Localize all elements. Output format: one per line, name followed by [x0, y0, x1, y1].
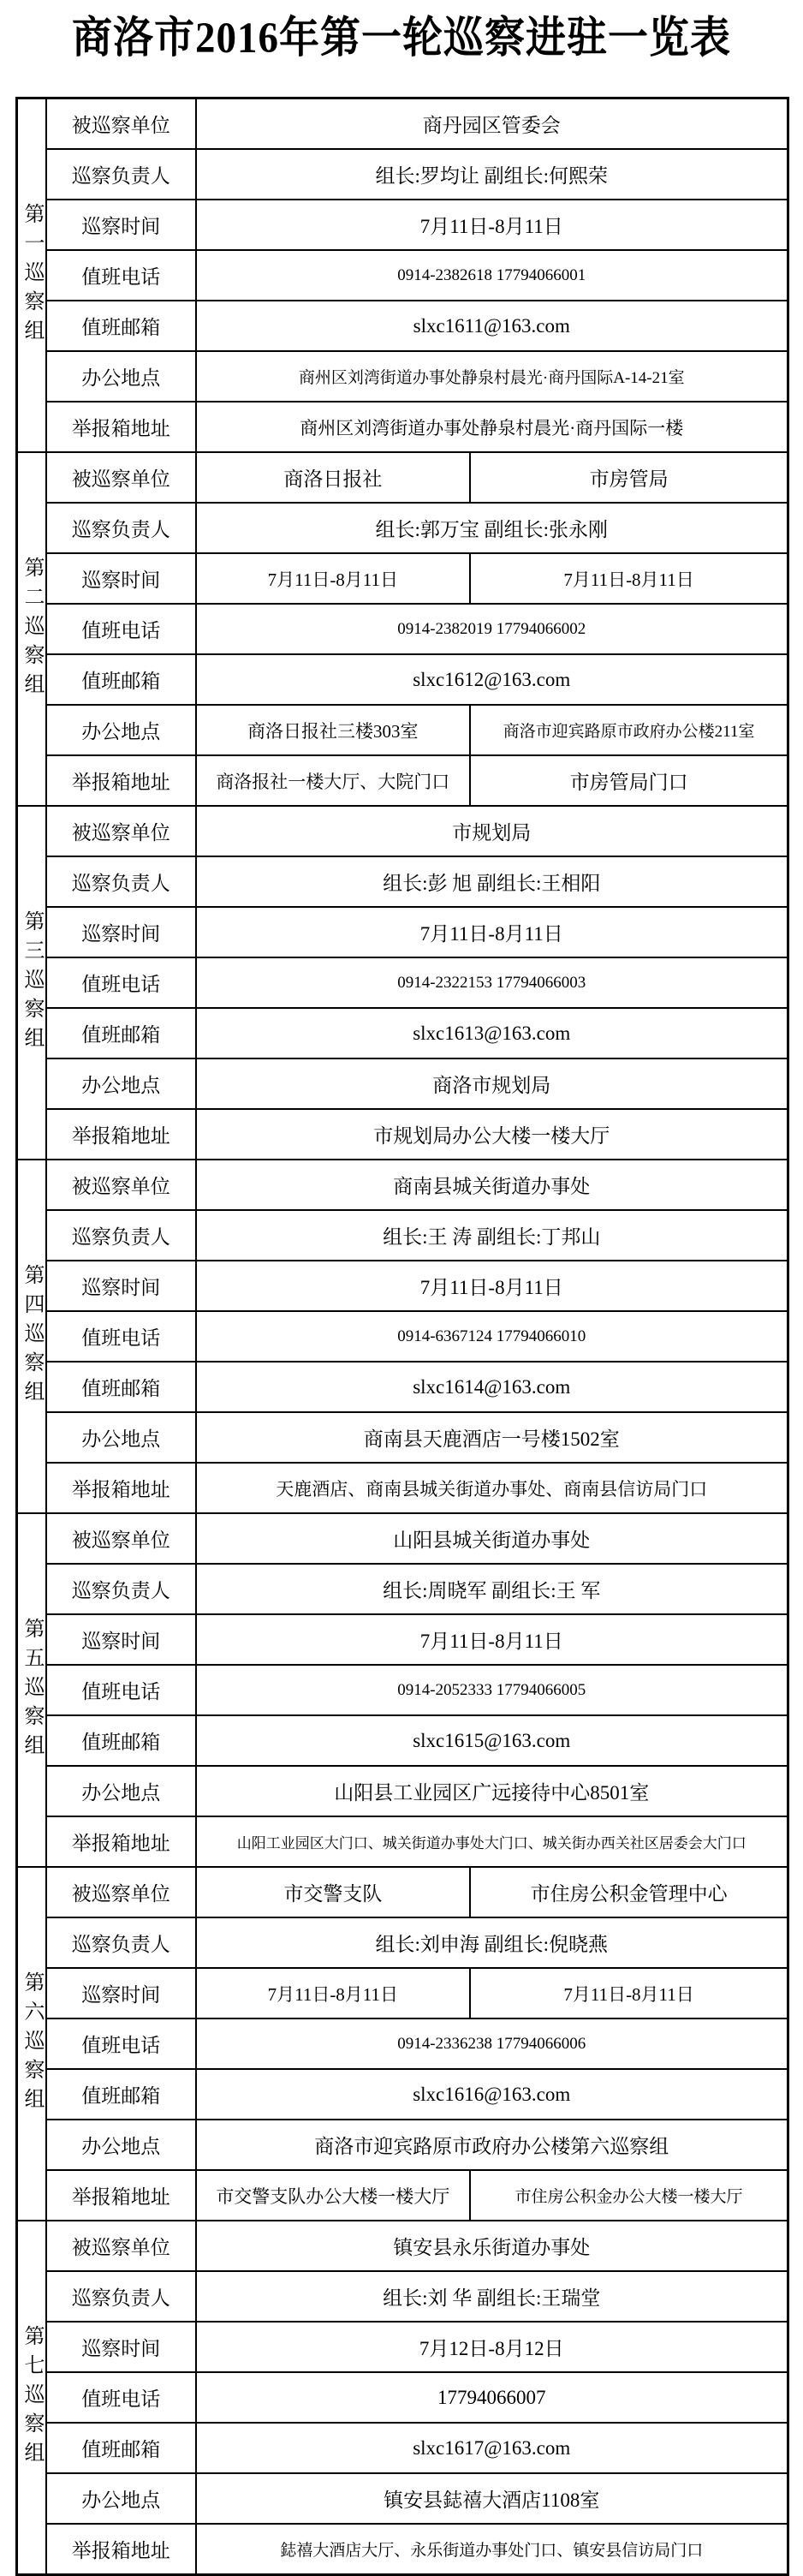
table-row: 举报箱地址山阳工业园区大门口、城关街道办事处大门口、城关街办西关社区居委会大门口 — [17, 1816, 788, 1867]
value-cell: 7月11日-8月11日 — [196, 1968, 471, 2018]
row-label-cell: 值班邮箱 — [46, 2423, 196, 2473]
table-row: 第三巡察组被巡察单位市规划局 — [17, 806, 788, 856]
row-label-cell: 举报箱地址 — [46, 1463, 196, 1513]
row-label-cell: 巡察负责人 — [46, 1210, 196, 1261]
value-cell: 商南县天鹿酒店一号楼1502室 — [196, 1412, 788, 1463]
table-row: 办公地点商洛市迎宾路原市政府办公楼第六巡察组 — [17, 2120, 788, 2170]
value-cell: 市交警支队 — [196, 1867, 471, 1917]
row-label-cell: 巡察时间 — [46, 1614, 196, 1665]
value-cell: 7月11日-8月11日 — [196, 1614, 788, 1665]
group-name-cell: 第七巡察组 — [17, 2221, 46, 2575]
value-cell: 商洛报社一楼大厅、大院门口 — [196, 755, 471, 806]
value-cell: 组长:周晓军 副组长:王 军 — [196, 1564, 788, 1614]
table-row: 值班电话17794066007 — [17, 2372, 788, 2423]
value-cell: 市住房公积金管理中心 — [470, 1867, 788, 1917]
row-label-cell: 办公地点 — [46, 2120, 196, 2170]
table-row: 巡察时间7月11日-8月11日7月11日-8月11日 — [17, 1968, 788, 2018]
table-row: 办公地点镇安县鋕禧大酒店1108室 — [17, 2473, 788, 2524]
table-row: 值班邮箱slxc1617@163.com — [17, 2423, 788, 2473]
row-label-cell: 举报箱地址 — [46, 2170, 196, 2221]
row-label-cell: 办公地点 — [46, 705, 196, 755]
group-name-text: 第二巡察组 — [21, 557, 42, 702]
group-name-text: 第六巡察组 — [21, 1971, 42, 2117]
row-label-cell: 被巡察单位 — [46, 98, 196, 150]
value-cell: 0914-2382618 17794066001 — [196, 250, 788, 301]
group-name-text: 第五巡察组 — [21, 1618, 42, 1763]
row-label-cell: 巡察时间 — [46, 553, 196, 604]
value-cell: 组长:刘 华 副组长:王瑞堂 — [196, 2271, 788, 2322]
value-cell: 17794066007 — [196, 2372, 788, 2423]
value-cell: 市交警支队办公大楼一楼大厅 — [196, 2170, 471, 2221]
value-cell: 0914-6367124 17794066010 — [196, 1311, 788, 1362]
value-cell: 市规划局 — [196, 806, 788, 856]
group-name-text: 第三巡察组 — [21, 910, 42, 1056]
value-cell: 市住房公积金办公大楼一楼大厅 — [470, 2170, 788, 2221]
group-name-cell: 第六巡察组 — [17, 1867, 46, 2221]
row-label-cell: 被巡察单位 — [46, 806, 196, 856]
row-label-cell: 巡察负责人 — [46, 503, 196, 553]
table-row: 办公地点商南县天鹿酒店一号楼1502室 — [17, 1412, 788, 1463]
value-cell: 商南县城关街道办事处 — [196, 1160, 788, 1210]
row-label-cell: 值班邮箱 — [46, 2069, 196, 2120]
row-label-cell: 办公地点 — [46, 351, 196, 402]
table-row: 值班电话0914-2382618 17794066001 — [17, 250, 788, 301]
table-row: 举报箱地址商州区刘湾街道办事处静泉村晨光·商丹国际一楼 — [17, 402, 788, 452]
value-cell: 0914-2322153 17794066003 — [196, 957, 788, 1008]
row-label-cell: 巡察时间 — [46, 2322, 196, 2372]
value-cell: 7月12日-8月12日 — [196, 2322, 788, 2372]
table-row: 巡察负责人组长:罗均让 副组长:何熙荣 — [17, 149, 788, 200]
value-cell: 7月11日-8月11日 — [196, 1261, 788, 1311]
row-label-cell: 值班邮箱 — [46, 1362, 196, 1412]
row-label-cell: 被巡察单位 — [46, 1160, 196, 1210]
table-row: 举报箱地址天鹿酒店、商南县城关街道办事处、商南县信访局门口 — [17, 1463, 788, 1513]
table-row: 值班邮箱slxc1616@163.com — [17, 2069, 788, 2120]
value-cell: 7月11日-8月11日 — [196, 200, 788, 250]
group-name-cell: 第三巡察组 — [17, 806, 46, 1160]
value-cell: 市规划局办公大楼一楼大厅 — [196, 1109, 788, 1160]
value-cell: slxc1614@163.com — [196, 1362, 788, 1412]
inspection-table-body: 第一巡察组被巡察单位商丹园区管委会巡察负责人组长:罗均让 副组长:何熙荣巡察时间… — [17, 98, 788, 2575]
table-row: 值班电话0914-2322153 17794066003 — [17, 957, 788, 1008]
table-row: 举报箱地址鋕禧大酒店大厅、永乐街道办事处门口、镇安县信访局门口 — [17, 2524, 788, 2575]
row-label-cell: 巡察时间 — [46, 200, 196, 250]
table-row: 办公地点山阳县工业园区广远接待中心8501室 — [17, 1766, 788, 1816]
row-label-cell: 被巡察单位 — [46, 1867, 196, 1917]
table-row: 巡察时间7月11日-8月11日 — [17, 1614, 788, 1665]
row-label-cell: 值班电话 — [46, 2372, 196, 2423]
row-label-cell: 被巡察单位 — [46, 2221, 196, 2271]
table-row: 巡察时间7月11日-8月11日 — [17, 1261, 788, 1311]
page-title: 商洛市2016年第一轮巡察进驻一览表 — [0, 0, 803, 65]
value-cell: 商洛市规划局 — [196, 1058, 788, 1109]
row-label-cell: 巡察负责人 — [46, 2271, 196, 2322]
row-label-cell: 被巡察单位 — [46, 452, 196, 503]
row-label-cell: 值班邮箱 — [46, 1715, 196, 1766]
table-row: 值班电话0914-6367124 17794066010 — [17, 1311, 788, 1362]
row-label-cell: 值班电话 — [46, 1311, 196, 1362]
value-cell: 商州区刘湾街道办事处静泉村晨光·商丹国际A-14-21室 — [196, 351, 788, 402]
table-row: 巡察负责人组长:周晓军 副组长:王 军 — [17, 1564, 788, 1614]
group-name-cell: 第二巡察组 — [17, 452, 46, 806]
row-label-cell: 巡察时间 — [46, 907, 196, 957]
row-label-cell: 举报箱地址 — [46, 1816, 196, 1867]
table-row: 巡察负责人组长:郭万宝 副组长:张永刚 — [17, 503, 788, 553]
value-cell: 镇安县鋕禧大酒店1108室 — [196, 2473, 788, 2524]
table-row: 第七巡察组被巡察单位镇安县永乐街道办事处 — [17, 2221, 788, 2271]
row-label-cell: 举报箱地址 — [46, 402, 196, 452]
value-cell: 组长:彭 旭 副组长:王相阳 — [196, 856, 788, 907]
group-name-cell: 第一巡察组 — [17, 98, 46, 453]
value-cell: 商洛市迎宾路原市政府办公楼第六巡察组 — [196, 2120, 788, 2170]
table-row: 值班邮箱slxc1613@163.com — [17, 1008, 788, 1058]
row-label-cell: 巡察时间 — [46, 1968, 196, 2018]
value-cell: slxc1615@163.com — [196, 1715, 788, 1766]
value-cell: 天鹿酒店、商南县城关街道办事处、商南县信访局门口 — [196, 1463, 788, 1513]
row-label-cell: 值班电话 — [46, 957, 196, 1008]
row-label-cell: 举报箱地址 — [46, 2524, 196, 2575]
table-row: 值班电话0914-2382019 17794066002 — [17, 604, 788, 654]
row-label-cell: 巡察时间 — [46, 1261, 196, 1311]
table-row: 巡察负责人组长:刘 华 副组长:王瑞堂 — [17, 2271, 788, 2322]
row-label-cell: 办公地点 — [46, 1412, 196, 1463]
table-row: 值班邮箱slxc1615@163.com — [17, 1715, 788, 1766]
value-cell: 组长:刘申海 副组长:倪晓燕 — [196, 1917, 788, 1968]
table-row: 值班电话0914-2336238 17794066006 — [17, 2018, 788, 2069]
group-name-cell: 第四巡察组 — [17, 1160, 46, 1513]
value-cell: 商丹园区管委会 — [196, 98, 788, 150]
table-row: 办公地点商州区刘湾街道办事处静泉村晨光·商丹国际A-14-21室 — [17, 351, 788, 402]
value-cell: 7月11日-8月11日 — [196, 553, 471, 604]
row-label-cell: 值班邮箱 — [46, 301, 196, 351]
value-cell: 0914-2052333 17794066005 — [196, 1665, 788, 1715]
table-row: 巡察负责人组长:刘申海 副组长:倪晓燕 — [17, 1917, 788, 1968]
row-label-cell: 办公地点 — [46, 1058, 196, 1109]
row-label-cell: 被巡察单位 — [46, 1513, 196, 1564]
row-label-cell: 值班邮箱 — [46, 654, 196, 705]
table-row: 值班电话0914-2052333 17794066005 — [17, 1665, 788, 1715]
value-cell: 7月11日-8月11日 — [470, 1968, 788, 2018]
group-name-text: 第四巡察组 — [21, 1264, 42, 1410]
table-row: 第一巡察组被巡察单位商丹园区管委会 — [17, 98, 788, 150]
value-cell: slxc1613@163.com — [196, 1008, 788, 1058]
value-cell: 镇安县永乐街道办事处 — [196, 2221, 788, 2271]
value-cell: 7月11日-8月11日 — [470, 553, 788, 604]
value-cell: slxc1616@163.com — [196, 2069, 788, 2120]
value-cell: 组长:郭万宝 副组长:张永刚 — [196, 503, 788, 553]
value-cell: 0914-2382019 17794066002 — [196, 604, 788, 654]
row-label-cell: 值班邮箱 — [46, 1008, 196, 1058]
row-label-cell: 巡察负责人 — [46, 856, 196, 907]
value-cell: 商洛日报社三楼303室 — [196, 705, 471, 755]
table-row: 值班邮箱slxc1614@163.com — [17, 1362, 788, 1412]
table-row: 第六巡察组被巡察单位市交警支队市住房公积金管理中心 — [17, 1867, 788, 1917]
inspection-table: 第一巡察组被巡察单位商丹园区管委会巡察负责人组长:罗均让 副组长:何熙荣巡察时间… — [15, 97, 789, 2576]
group-name-text: 第七巡察组 — [21, 2325, 42, 2471]
row-label-cell: 办公地点 — [46, 2473, 196, 2524]
row-label-cell: 举报箱地址 — [46, 755, 196, 806]
value-cell: slxc1611@163.com — [196, 301, 788, 351]
row-label-cell: 巡察负责人 — [46, 1917, 196, 1968]
row-label-cell: 值班电话 — [46, 2018, 196, 2069]
table-row: 举报箱地址市交警支队办公大楼一楼大厅市住房公积金办公大楼一楼大厅 — [17, 2170, 788, 2221]
value-cell: 组长:王 涛 副组长:丁邦山 — [196, 1210, 788, 1261]
table-row: 巡察时间7月11日-8月11日 — [17, 200, 788, 250]
row-label-cell: 举报箱地址 — [46, 1109, 196, 1160]
table-row: 值班邮箱slxc1612@163.com — [17, 654, 788, 705]
table-row: 巡察时间7月11日-8月11日 — [17, 907, 788, 957]
table-row: 办公地点商洛日报社三楼303室商洛市迎宾路原市政府办公楼211室 — [17, 705, 788, 755]
table-row: 巡察负责人组长:王 涛 副组长:丁邦山 — [17, 1210, 788, 1261]
row-label-cell: 值班电话 — [46, 250, 196, 301]
value-cell: slxc1617@163.com — [196, 2423, 788, 2473]
table-row: 值班邮箱slxc1611@163.com — [17, 301, 788, 351]
group-name-text: 第一巡察组 — [21, 203, 42, 349]
value-cell: 山阳县工业园区广远接待中心8501室 — [196, 1766, 788, 1816]
table-row: 举报箱地址商洛报社一楼大厅、大院门口市房管局门口 — [17, 755, 788, 806]
group-name-cell: 第五巡察组 — [17, 1513, 46, 1867]
table-row: 第四巡察组被巡察单位商南县城关街道办事处 — [17, 1160, 788, 1210]
table-row: 巡察负责人组长:彭 旭 副组长:王相阳 — [17, 856, 788, 907]
table-row: 巡察时间7月11日-8月11日7月11日-8月11日 — [17, 553, 788, 604]
row-label-cell: 值班电话 — [46, 1665, 196, 1715]
table-row: 举报箱地址市规划局办公大楼一楼大厅 — [17, 1109, 788, 1160]
value-cell: 0914-2336238 17794066006 — [196, 2018, 788, 2069]
table-row: 巡察时间7月12日-8月12日 — [17, 2322, 788, 2372]
value-cell: 商洛市迎宾路原市政府办公楼211室 — [470, 705, 788, 755]
row-label-cell: 巡察负责人 — [46, 149, 196, 200]
row-label-cell: 办公地点 — [46, 1766, 196, 1816]
value-cell: 商州区刘湾街道办事处静泉村晨光·商丹国际一楼 — [196, 402, 788, 452]
value-cell: 山阳县城关街道办事处 — [196, 1513, 788, 1564]
value-cell: 市房管局 — [470, 452, 788, 503]
row-label-cell: 巡察负责人 — [46, 1564, 196, 1614]
table-row: 办公地点商洛市规划局 — [17, 1058, 788, 1109]
table-row: 第五巡察组被巡察单位山阳县城关街道办事处 — [17, 1513, 788, 1564]
value-cell: 鋕禧大酒店大厅、永乐街道办事处门口、镇安县信访局门口 — [196, 2524, 788, 2575]
row-label-cell: 值班电话 — [46, 604, 196, 654]
value-cell: 市房管局门口 — [470, 755, 788, 806]
value-cell: 山阳工业园区大门口、城关街道办事处大门口、城关街办西关社区居委会大门口 — [196, 1816, 788, 1867]
table-row: 第二巡察组被巡察单位商洛日报社市房管局 — [17, 452, 788, 503]
value-cell: 组长:罗均让 副组长:何熙荣 — [196, 149, 788, 200]
value-cell: 7月11日-8月11日 — [196, 907, 788, 957]
value-cell: 商洛日报社 — [196, 452, 471, 503]
value-cell: slxc1612@163.com — [196, 654, 788, 705]
